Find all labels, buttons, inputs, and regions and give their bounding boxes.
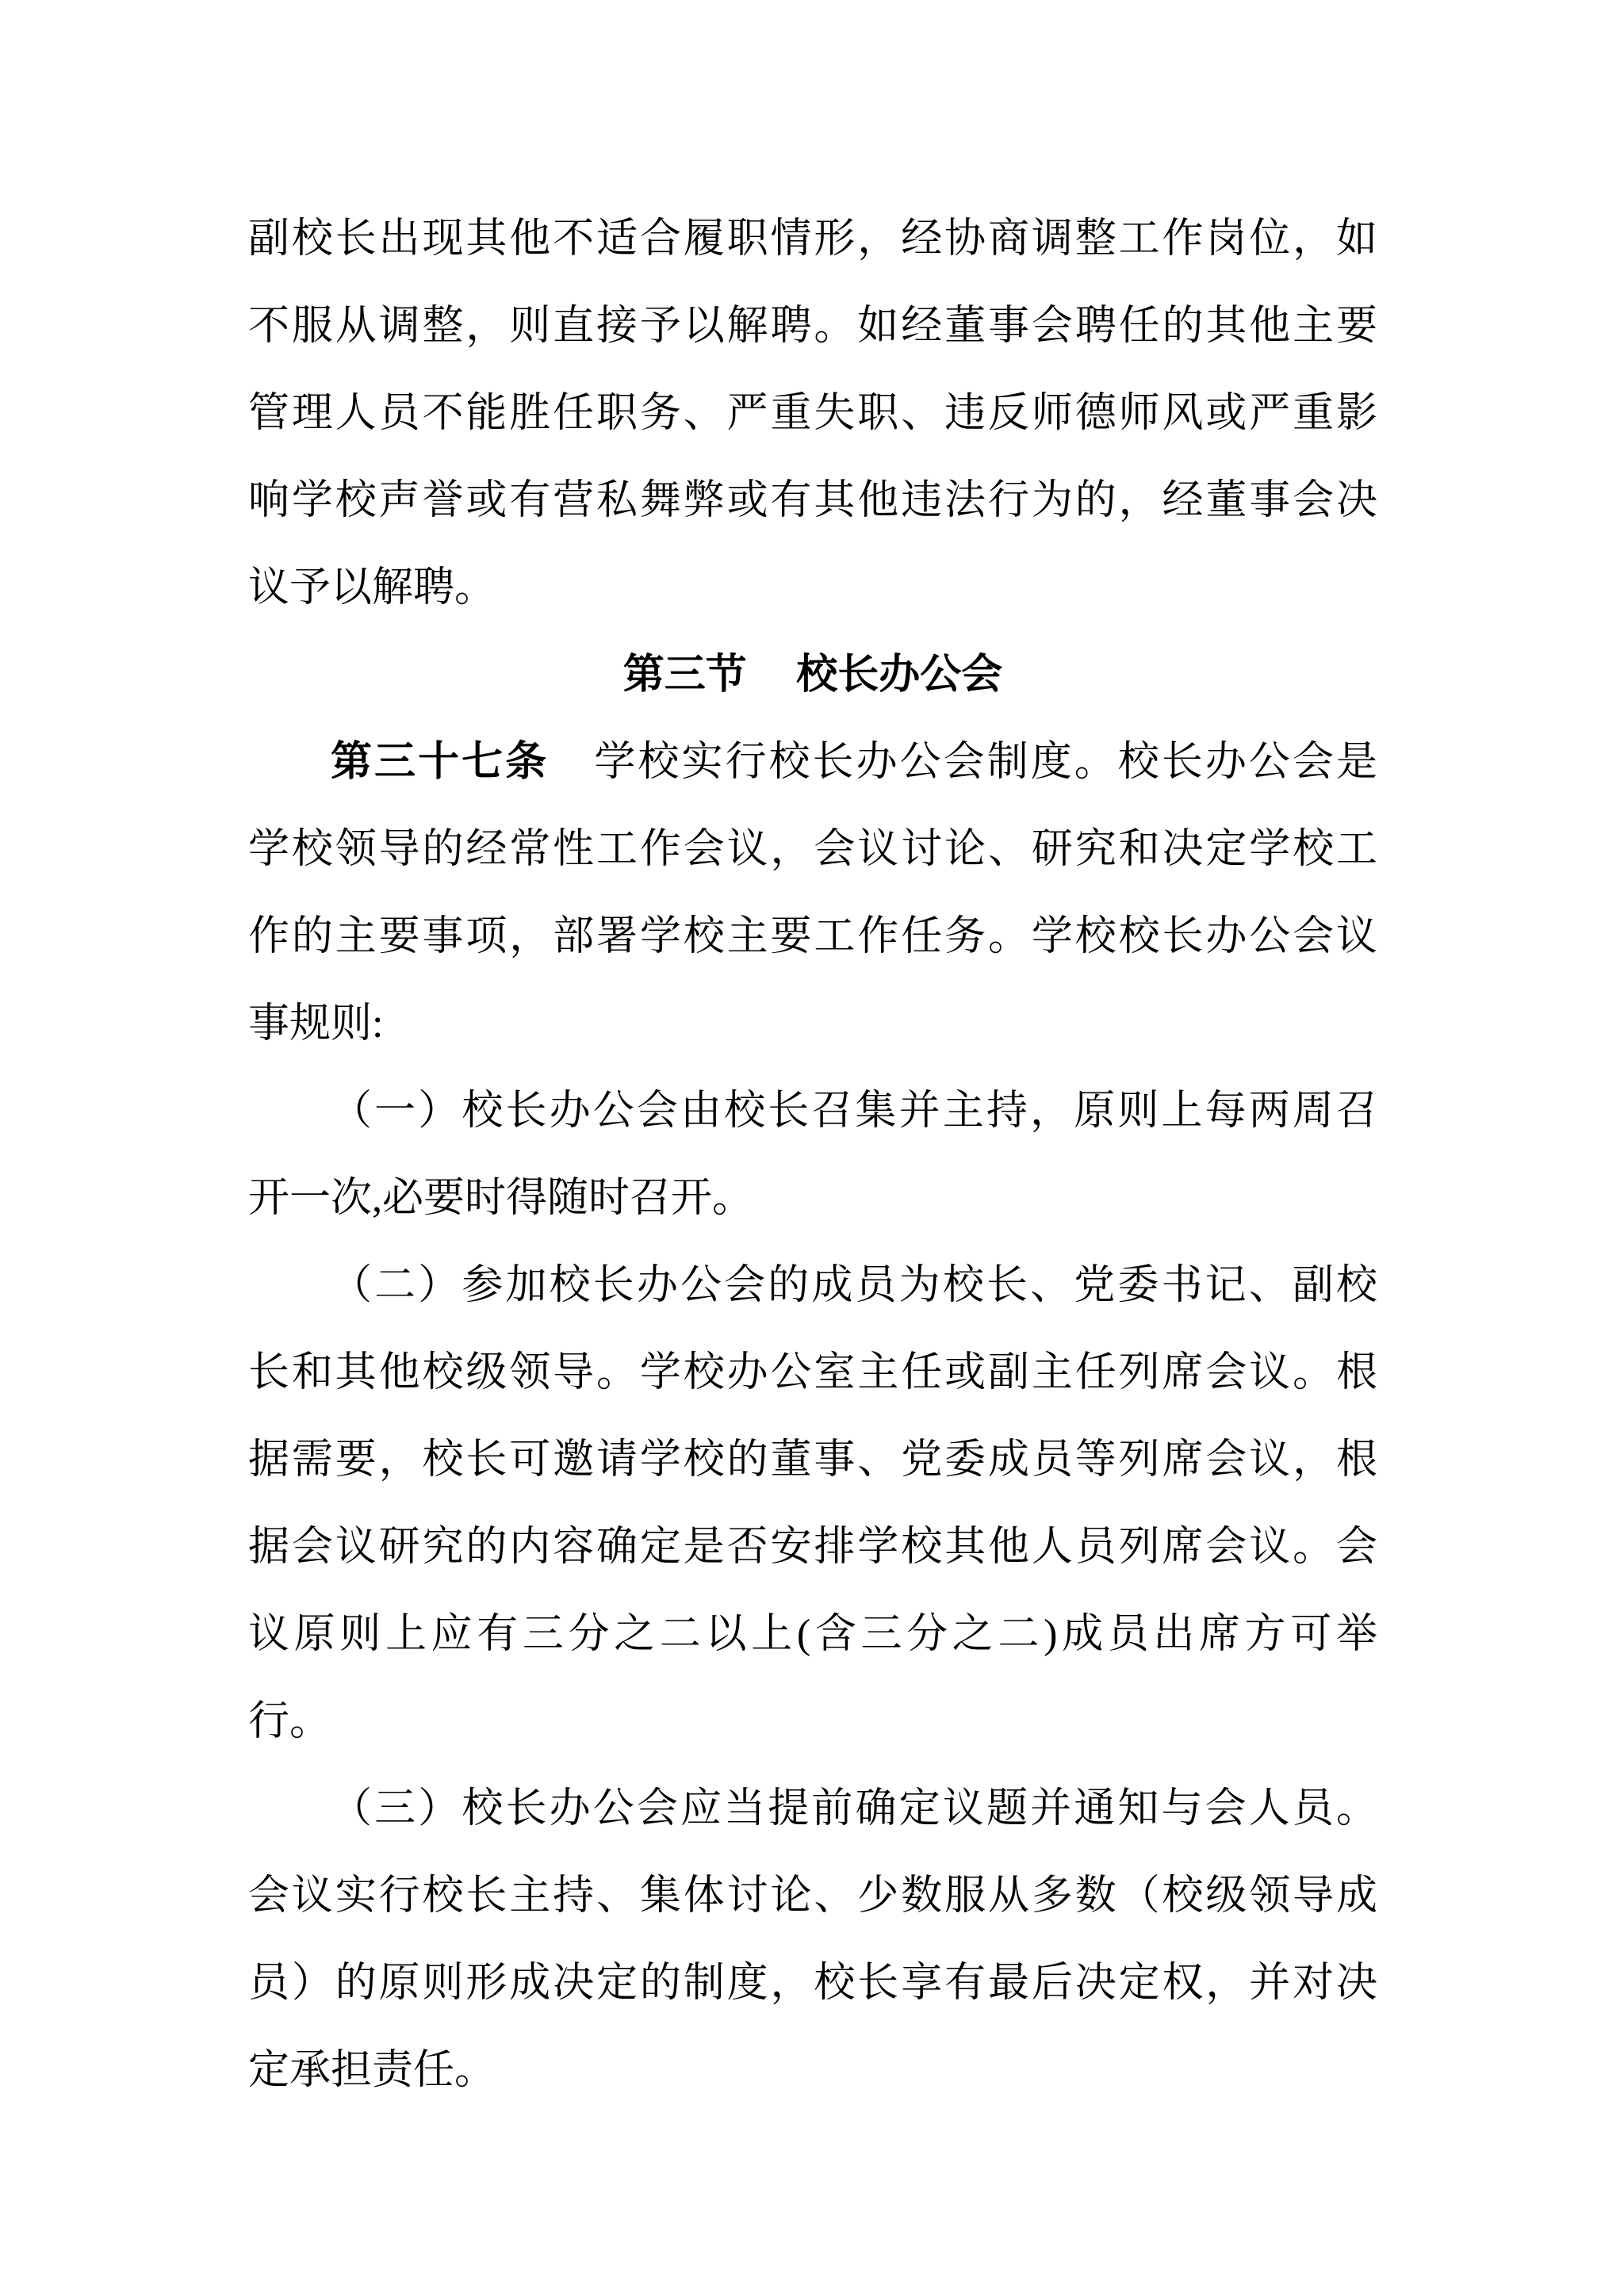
- text-line: （二）参加校长办公会的成员为校长、党委书记、副校: [248, 1242, 1377, 1330]
- article-37-paragraph: 第三十七条学校实行校长办公会制度。校长办公会是 学校领导的经常性工作会议，会议讨…: [248, 719, 1377, 1068]
- text-line: 事规则:: [248, 981, 1377, 1068]
- text-line: 据需要，校长可邀请学校的董事、党委成员等列席会议，根: [248, 1417, 1377, 1504]
- article-lead-line: 第三十七条学校实行校长办公会制度。校长办公会是: [248, 719, 1377, 806]
- rule-item-3: （三）校长办公会应当提前确定议题并通知与会人员。 会议实行校长主持、集体讨论、少…: [248, 1766, 1377, 2114]
- text-line: 作的主要事项，部署学校主要工作任务。学校校长办公会议: [248, 894, 1377, 981]
- text-line: 员）的原则形成决定的制度，校长享有最后决定权，并对决: [248, 1940, 1377, 2027]
- text-line: 定承担责任。: [248, 2027, 1377, 2114]
- text-line: 不服从调整，则直接予以解聘。如经董事会聘任的其他主要: [248, 283, 1377, 370]
- text-line: 议予以解聘。: [248, 545, 1377, 632]
- document-page: 副校长出现其他不适合履职情形，经协商调整工作岗位，如 不服从调整，则直接予以解聘…: [0, 0, 1624, 2296]
- article-lead-text: 学校实行校长办公会制度。校长办公会是: [594, 740, 1377, 785]
- text-line: 学校领导的经常性工作会议，会议讨论、研究和决定学校工: [248, 806, 1377, 894]
- text-line: 会议实行校长主持、集体讨论、少数服从多数（校级领导成: [248, 1853, 1377, 1940]
- text-line: 行。: [248, 1678, 1377, 1766]
- section-number: 第三节: [623, 652, 747, 698]
- text-line: 副校长出现其他不适合履职情形，经协商调整工作岗位，如: [248, 196, 1377, 283]
- text-line: 议原则上应有三分之二以上(含三分之二)成员出席方可举: [248, 1591, 1377, 1678]
- text-line: 开一次,必要时得随时召开。: [248, 1155, 1377, 1242]
- paragraph-dismissal: 副校长出现其他不适合履职情形，经协商调整工作岗位，如 不服从调整，则直接予以解聘…: [248, 196, 1377, 632]
- document-content: 副校长出现其他不适合履职情形，经协商调整工作岗位，如 不服从调整，则直接予以解聘…: [248, 196, 1377, 2114]
- section-heading: 第三节校长办公会: [248, 632, 1377, 719]
- text-line: 管理人员不能胜任职务、严重失职、违反师德师风或严重影: [248, 370, 1377, 457]
- text-line: 响学校声誉或有营私舞弊或有其他违法行为的，经董事会决: [248, 457, 1377, 545]
- text-line: 据会议研究的内容确定是否安排学校其他人员列席会议。会: [248, 1504, 1377, 1591]
- rule-item-1: （一）校长办公会由校长召集并主持，原则上每两周召 开一次,必要时得随时召开。: [248, 1068, 1377, 1242]
- text-line: （三）校长办公会应当提前确定议题并通知与会人员。: [248, 1766, 1377, 1853]
- text-line: （一）校长办公会由校长召集并主持，原则上每两周召: [248, 1068, 1377, 1155]
- text-line: 长和其他校级领导。学校办公室主任或副主任列席会议。根: [248, 1330, 1377, 1417]
- article-number: 第三十七条: [331, 740, 549, 785]
- section-title: 校长办公会: [796, 652, 1002, 698]
- rule-item-2: （二）参加校长办公会的成员为校长、党委书记、副校 长和其他校级领导。学校办公室主…: [248, 1242, 1377, 1766]
